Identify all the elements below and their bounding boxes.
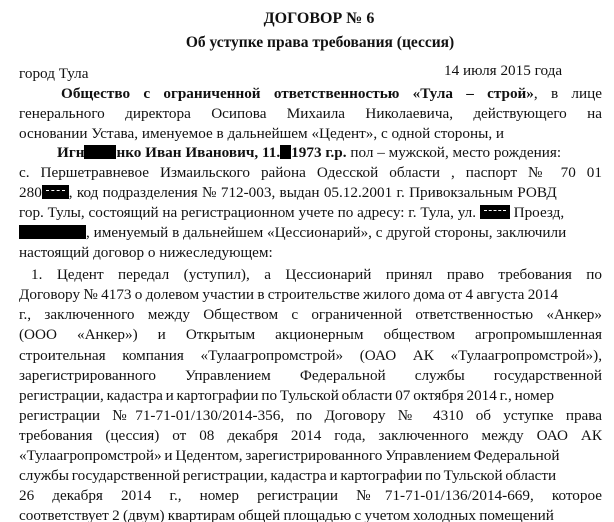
clause-1-line: 26 декабря 2014 г., номер регистрации №7… xyxy=(19,486,602,506)
clause-1-line: соответствует 2 (двум) квартирам общей п… xyxy=(19,506,602,522)
clause-1-line: регистрации, кадастра и картографии по Т… xyxy=(19,386,602,406)
document-subtitle: Об уступке права требования (цессия) xyxy=(0,34,614,52)
paragraph-line: Общество с ограниченной ответственностью… xyxy=(19,84,602,104)
clause-1-line: 1. Цедент передал (уступил), а Цессионар… xyxy=(19,265,602,285)
clause-1-line: службы государственной регистрации, када… xyxy=(19,466,602,486)
paragraph-line: Игннко Иван Иванович, 11.1973 г.р. пол –… xyxy=(19,143,614,163)
contract-page: ДОГОВОР № 6 Об уступке права требования … xyxy=(0,0,614,522)
clause-1-line: Договору № 4173 о долевом участии в стро… xyxy=(19,285,602,305)
paragraph-line: , именуемый в дальнейшем «Цессионарий», … xyxy=(19,223,602,243)
clause-1-line: «Тулаагропромстрой» и Цедентом, зарегист… xyxy=(19,446,602,466)
city-label: город Тула xyxy=(19,65,88,83)
clause-1-line: требования (цессия) от 08 декабря 2014 г… xyxy=(19,426,602,446)
paragraph-line: основании Устава, именуемое в дальнейшем… xyxy=(19,124,602,144)
clause-1-line: зарегистрированного Управлением Федераль… xyxy=(19,366,602,386)
clause-1-line: регистрации №71-71-01/130/2014-356, по Д… xyxy=(19,406,602,426)
redaction-box xyxy=(280,145,291,159)
paragraph-line: настоящий договор о нижеследующем: xyxy=(19,243,602,263)
clause-1-line: г., заключенного между Обществом с огран… xyxy=(19,305,602,325)
document-title: ДОГОВОР № 6 xyxy=(0,10,614,28)
paragraph-line: генерального директора Осипова Михаила Н… xyxy=(19,104,602,124)
paragraph-line: 280, код подразделения № 712-003, выдан … xyxy=(19,183,602,203)
redaction-box xyxy=(84,145,116,159)
paragraph-line: с. Першетравневое Измаильского района Од… xyxy=(19,163,602,183)
redaction-box xyxy=(19,225,86,239)
cedent-name: Общество с ограниченной ответственностью… xyxy=(61,85,534,102)
paragraph-line: гор. Тулы, состоящий на регистрационном … xyxy=(19,203,602,223)
clause-1-line: строительная компания «Тулаагропромстрой… xyxy=(19,346,602,366)
redaction-box xyxy=(42,185,69,199)
contract-date: 14 июля 2015 года xyxy=(444,62,562,80)
redaction-box xyxy=(480,205,510,219)
clause-1-line: (ООО «Анкер») и Открытым акционерным общ… xyxy=(19,325,602,345)
